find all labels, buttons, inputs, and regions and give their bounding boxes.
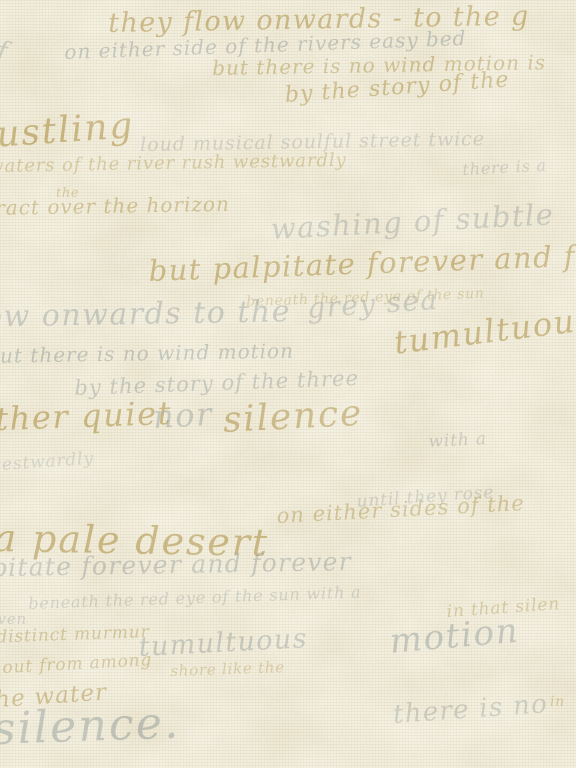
script-layer: they flow onwards - to the gfon either s… <box>0 0 576 768</box>
script-text-fragment: shore like the <box>170 658 285 680</box>
script-text-fragment: nor <box>152 395 214 436</box>
script-text-fragment: palpitate forever and forever <box>0 547 352 583</box>
script-text-fragment: silence. <box>0 697 181 755</box>
script-text-fragment: motion <box>388 611 521 662</box>
script-text-fragment: silence <box>222 393 364 441</box>
script-text-fragment: beneath the red eye of the sun with a <box>28 582 362 613</box>
script-text-fragment: flow onwards to the <box>0 294 291 335</box>
script-text-fragment: f <box>0 36 11 67</box>
script-text-fragment: tract over the horizon <box>0 192 230 220</box>
script-text-fragment: on either sides of the <box>276 491 525 528</box>
script-text-fragment: there is a <box>462 156 547 179</box>
script-text-fragment: rustling <box>0 105 135 157</box>
script-text-fragment: indistinct murmur <box>0 622 150 648</box>
script-text-fragment: but there is no wind motion <box>0 339 294 368</box>
script-text-fragment: washing of subtle <box>270 197 555 246</box>
script-text-fragment: even <box>0 610 27 628</box>
script-text-fragment: grey sea <box>306 283 439 325</box>
script-text-fragment: in <box>550 694 565 710</box>
script-text-fragment: there is no <box>392 689 549 730</box>
script-text-fragment: with a <box>428 429 487 452</box>
script-text-fragment: neither quiet <box>0 394 173 440</box>
script-text-fragment: waters of the river rush westwardly <box>0 150 347 177</box>
script-text-fragment: tumultuous <box>138 623 309 663</box>
script-text-fragment: but palpitate forever and forever <box>148 235 576 288</box>
script-text-fragment: out from among <box>2 650 153 678</box>
wallpaper-canvas: they flow onwards - to the gfon either s… <box>0 0 576 768</box>
script-text-fragment: westwardly <box>0 449 95 476</box>
